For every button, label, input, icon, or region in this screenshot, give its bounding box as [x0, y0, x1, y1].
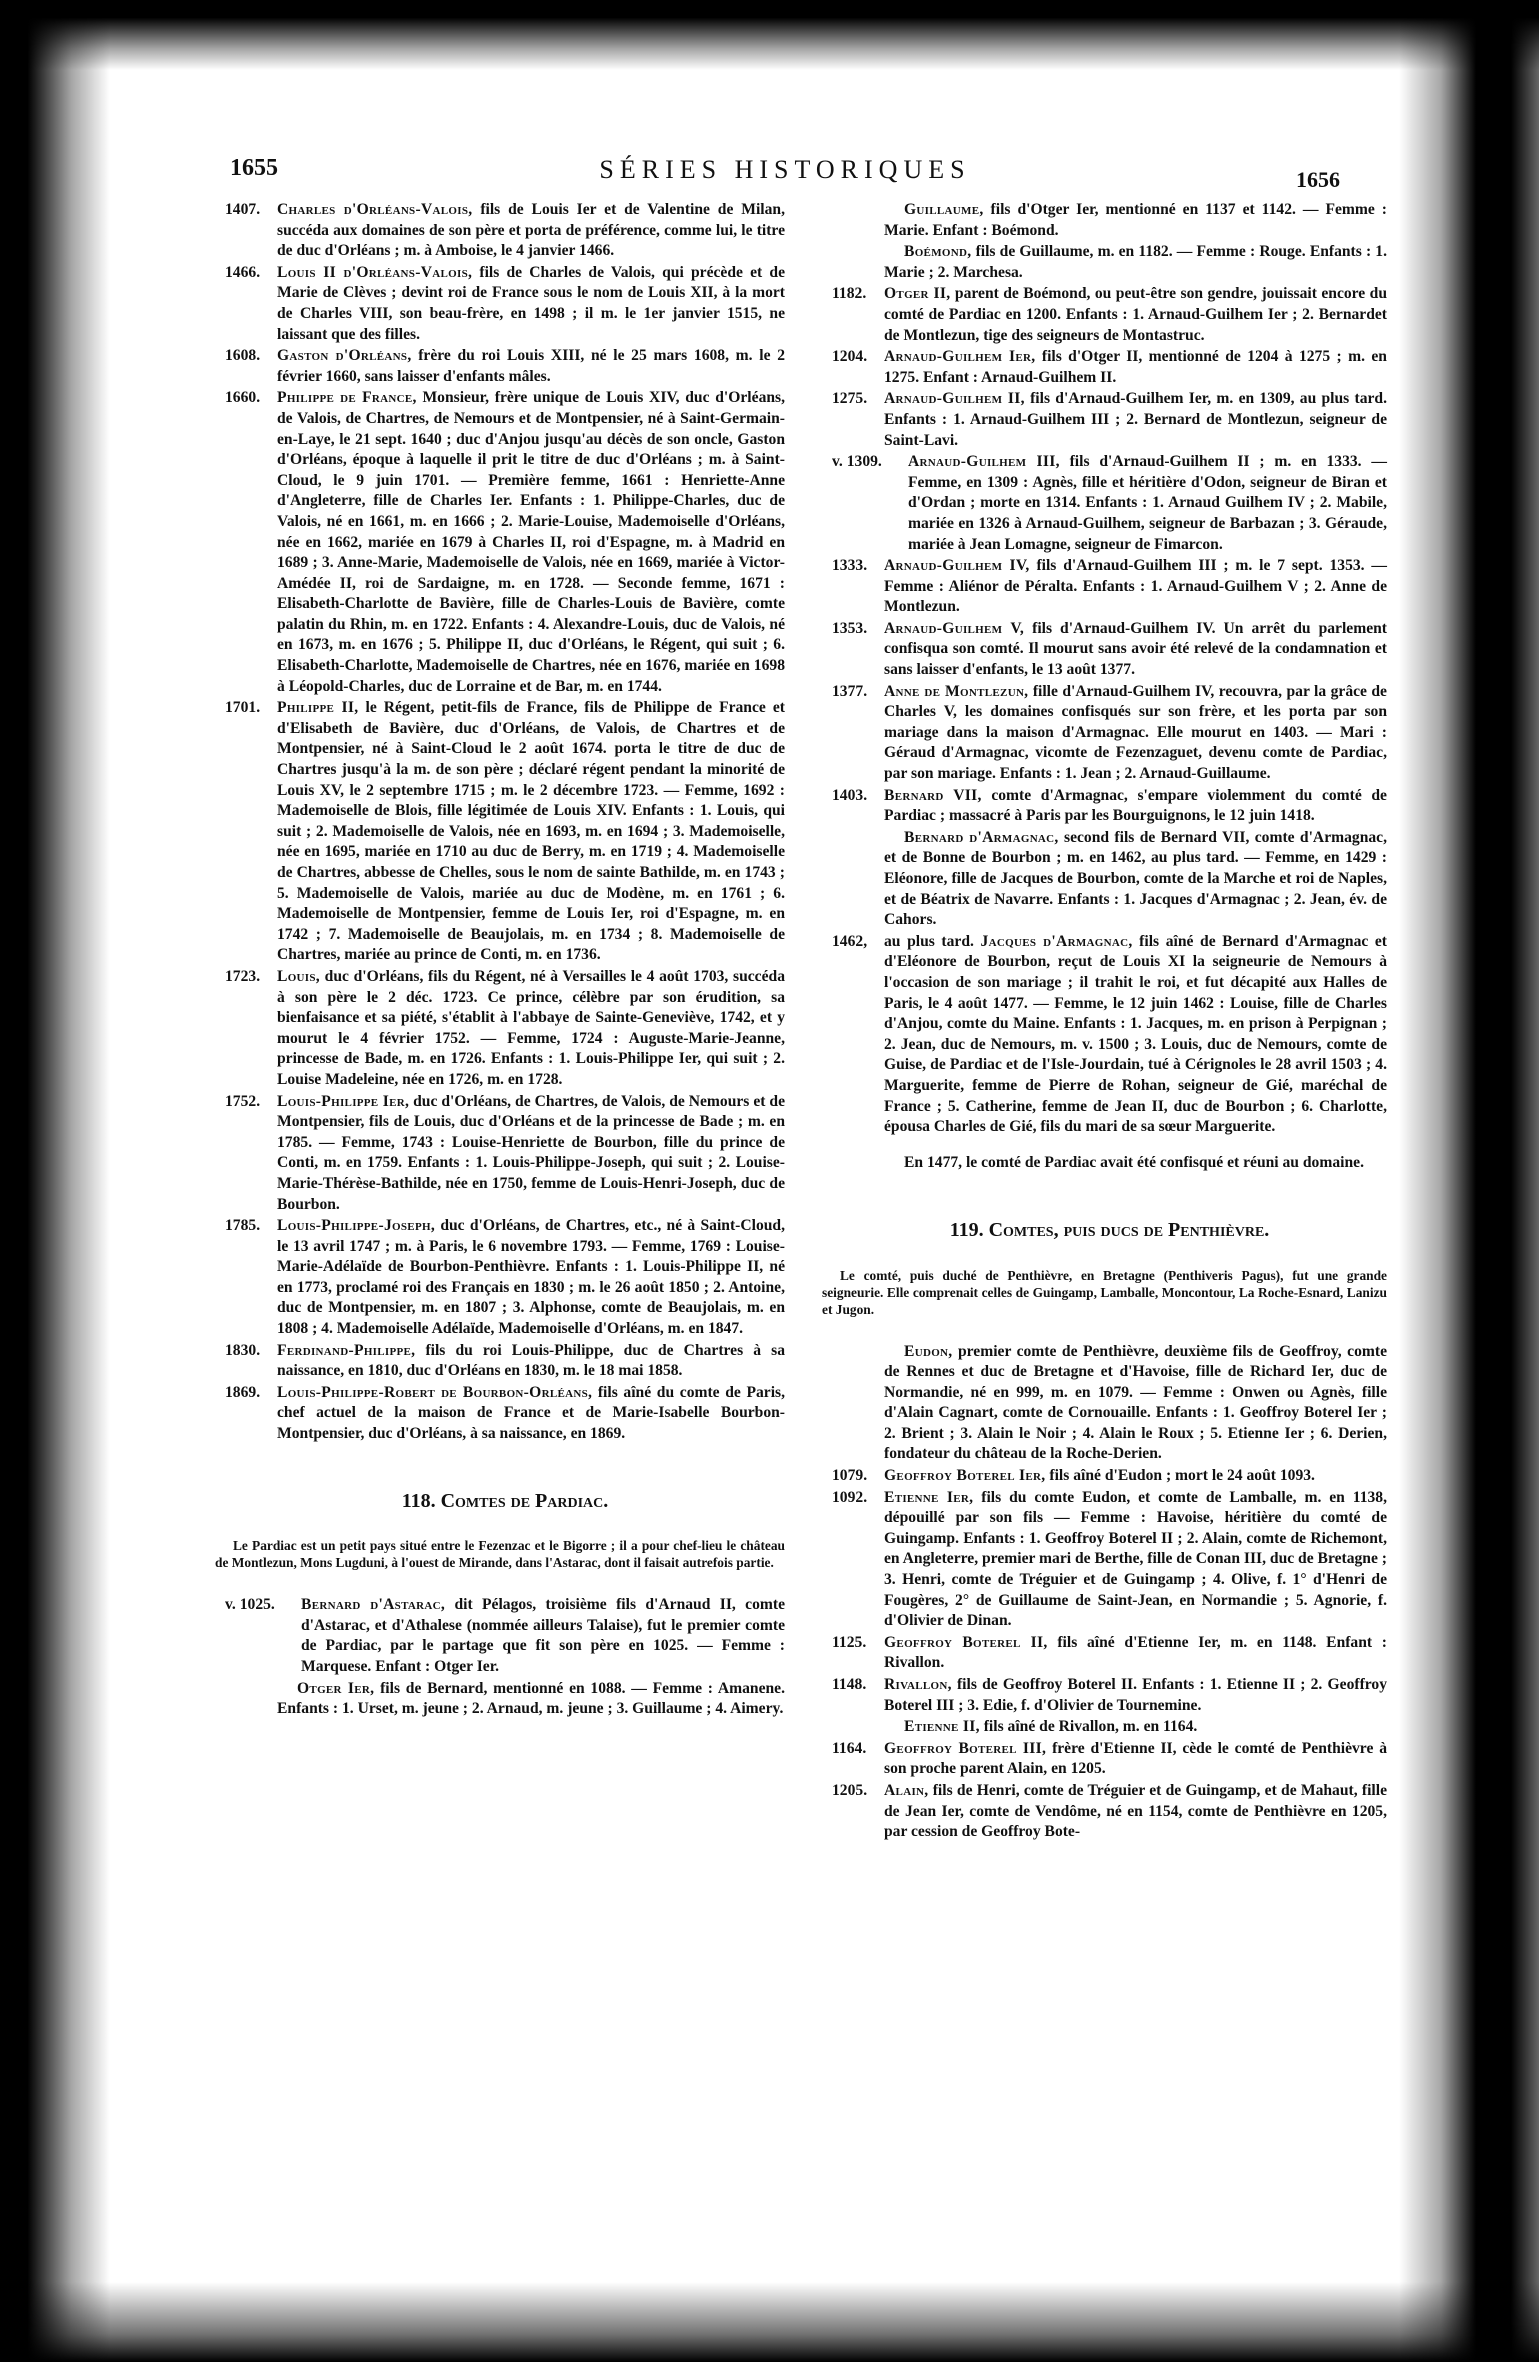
entry-name: Bernard VII, — [884, 787, 982, 804]
entry-date: 1353. — [832, 619, 882, 640]
entry-date: 1723. — [225, 967, 275, 988]
genealogy-entry: Boémond, fils de Guillaume, m. en 1182. … — [832, 242, 1387, 283]
genealogy-entry: 1377.Anne de Montlezun, fille d'Arnaud-G… — [832, 682, 1387, 785]
entry-name: Arnaud-Guilhem Ier, — [884, 348, 1035, 365]
genealogy-entry: 1608.Gaston d'Orléans, frère du roi Loui… — [225, 346, 785, 387]
entry-date: 1466. — [225, 263, 275, 284]
entry-date: 1125. — [832, 1633, 882, 1654]
entry-name: Bernard d'Astarac, — [301, 1596, 445, 1613]
entry-name: Rivallon, — [884, 1676, 952, 1693]
entry-name: Arnaud-Guilhem III, — [908, 453, 1060, 470]
section-intro-pardiac: Le Pardiac est un petit pays situé entre… — [215, 1537, 785, 1571]
entry-date: 1462, — [832, 932, 882, 953]
entry-date: 1205. — [832, 1781, 882, 1802]
entry-date: v. 1025. — [225, 1595, 299, 1616]
entry-name: Arnaud-Guilhem IV, — [884, 557, 1030, 574]
entry-text: fils aîné d'Eudon ; mort le 24 août 1093… — [1046, 1467, 1315, 1484]
entry-name: Louis II d'Orléans-Valois, — [277, 264, 472, 281]
entry-name: Geoffroy Boterel III, — [884, 1740, 1046, 1757]
genealogy-entry: Guillaume, fils d'Otger Ier, mentionné e… — [832, 200, 1387, 241]
genealogy-entry: 1701.Philippe II, le Régent, petit-fils … — [225, 698, 785, 966]
entry-date: 1830. — [225, 1341, 275, 1362]
entry-name: Etienne Ier, — [884, 1489, 973, 1506]
entry-date: 1204. — [832, 347, 882, 368]
entry-date: 1869. — [225, 1383, 275, 1404]
pardiac-closing-note: En 1477, le comté de Pardiac avait été c… — [832, 1153, 1387, 1174]
pardiac-entries-continued: Guillaume, fils d'Otger Ier, mentionné e… — [832, 200, 1387, 1138]
entry-name: Geoffroy Boterel II, — [884, 1634, 1048, 1651]
genealogy-entry: 1869.Louis-Philippe-Robert de Bourbon-Or… — [225, 1383, 785, 1445]
entry-name: Louis, — [277, 968, 320, 985]
entry-name: Arnaud-Guilhem II, — [884, 390, 1025, 407]
genealogy-entry: 1079.Geoffroy Boterel Ier, fils aîné d'E… — [832, 1466, 1387, 1487]
entry-text: fils de Geoffroy Boterel II. Enfants : 1… — [884, 1676, 1387, 1714]
entry-date: 1275. — [832, 389, 882, 410]
entry-date: v. 1309. — [832, 452, 906, 473]
entry-name: Louis-Philippe-Robert de Bourbon-Orléans… — [277, 1384, 592, 1401]
entry-text: Monsieur, frère unique de Louis XIV, duc… — [277, 389, 785, 694]
genealogy-entry: v. 1025.Bernard d'Astarac, dit Pélagos, … — [225, 1595, 785, 1677]
entry-date: 1701. — [225, 698, 275, 719]
entry-name: Philippe II, — [277, 699, 358, 716]
genealogy-entry: 1752.Louis-Philippe Ier, duc d'Orléans, … — [225, 1092, 785, 1216]
scan-border-bottom — [0, 2282, 1539, 2362]
entry-date: 1182. — [832, 284, 882, 305]
entry-prefix: au plus tard. — [884, 933, 981, 950]
genealogy-entry: 1164.Geoffroy Boterel III, frère d'Etien… — [832, 1739, 1387, 1780]
genealogy-entry: 1125.Geoffroy Boterel II, fils aîné d'Et… — [832, 1633, 1387, 1674]
entry-name: Gaston d'Orléans, — [277, 347, 412, 364]
pardiac-entries: v. 1025.Bernard d'Astarac, dit Pélagos, … — [225, 1595, 785, 1720]
entry-date: 1660. — [225, 388, 275, 409]
entry-date: 1785. — [225, 1216, 275, 1237]
genealogy-entry: 1830.Ferdinand-Philippe, fils du roi Lou… — [225, 1341, 785, 1382]
genealogy-entry: 1785.Louis-Philippe-Joseph, duc d'Orléan… — [225, 1216, 785, 1340]
page-header: 1655 SÉRIES HISTORIQUES 1656 — [230, 155, 1340, 185]
entry-text: parent de Boémond, ou peut-être son gend… — [884, 285, 1387, 343]
genealogy-entry: 1353.Arnaud-Guilhem V, fils d'Arnaud-Gui… — [832, 619, 1387, 681]
genealogy-entry: Etienne II, fils aîné de Rivallon, m. en… — [832, 1717, 1387, 1738]
entry-name: Philippe de France, — [277, 389, 417, 406]
genealogy-entry: 1403.Bernard VII, comte d'Armagnac, s'em… — [832, 786, 1387, 827]
entry-text: le Régent, petit-fils de France, fils de… — [277, 699, 785, 963]
scan-border-left — [0, 0, 110, 2362]
genealogy-entry: 1182.Otger II, parent de Boémond, ou peu… — [832, 284, 1387, 346]
entry-date: 1148. — [832, 1675, 882, 1696]
section-intro-penthievre: Le comté, puis duché de Penthièvre, en B… — [822, 1267, 1387, 1318]
entry-date: 1377. — [832, 682, 882, 703]
entry-name: Ferdinand-Philippe, — [277, 1342, 415, 1359]
genealogy-entry: 1205.Alain, fils de Henri, comte de Trég… — [832, 1781, 1387, 1843]
entry-date: 1092. — [832, 1488, 882, 1509]
entry-date: 1164. — [832, 1739, 882, 1760]
scan-border-right — [1399, 0, 1539, 2362]
penthievre-entries: Eudon, premier comte de Penthièvre, deux… — [832, 1342, 1387, 1843]
entry-name: Arnaud-Guilhem V, — [884, 620, 1024, 637]
entry-name: Alain, — [884, 1782, 928, 1799]
entry-text: fils aîné de Rivallon, m. en 1164. — [980, 1718, 1197, 1735]
entry-name: Anne de Montlezun, — [884, 683, 1028, 700]
entry-text: fils aîné de Bernard d'Armagnac et d'Elé… — [884, 933, 1387, 1135]
entry-name: Jacques d'Armagnac, — [981, 933, 1133, 950]
entry-date: 1403. — [832, 786, 882, 807]
entry-text: fils du comte Eudon, et comte de Lamball… — [884, 1489, 1387, 1630]
section-title-pardiac: 118. Comtes de Pardiac. — [225, 1491, 785, 1512]
genealogy-entry: 1466.Louis II d'Orléans-Valois, fils de … — [225, 263, 785, 345]
entry-date: 1079. — [832, 1466, 882, 1487]
entry-text: premier comte de Penthièvre, deuxième fi… — [884, 1343, 1387, 1463]
section-title-penthievre: 119. Comtes, puis ducs de Penthièvre. — [832, 1220, 1387, 1241]
genealogy-entry: Otger Ier, fils de Bernard, mentionné en… — [225, 1679, 785, 1720]
entry-text: fils de Henri, comte de Tréguier et de G… — [884, 1782, 1387, 1840]
entry-name: Otger II, — [884, 285, 950, 302]
entry-text: duc d'Orléans, de Chartres, etc., né à S… — [277, 1217, 785, 1337]
genealogy-entry: 1407.Charles d'Orléans-Valois, fils de L… — [225, 200, 785, 262]
entry-name: Bernard d'Armagnac, — [904, 829, 1059, 846]
entry-name: Louis-Philippe-Joseph, — [277, 1217, 435, 1234]
entry-name: Geoffroy Boterel Ier, — [884, 1467, 1046, 1484]
genealogy-entry: 1204.Arnaud-Guilhem Ier, fils d'Otger II… — [832, 347, 1387, 388]
genealogy-entry: 1660.Philippe de France, Monsieur, frère… — [225, 388, 785, 697]
running-title: SÉRIES HISTORIQUES — [230, 155, 1340, 185]
scan-border-top — [0, 0, 1539, 70]
genealogy-entry: v. 1309.Arnaud-Guilhem III, fils d'Arnau… — [832, 452, 1387, 555]
entry-name: Guillaume, — [904, 201, 984, 218]
genealogy-entry: 1723.Louis, duc d'Orléans, fils du Régen… — [225, 967, 785, 1091]
entry-text: duc d'Orléans, de Chartres, de Valois, d… — [277, 1093, 785, 1213]
entry-date: 1608. — [225, 346, 275, 367]
entry-name: Etienne II, — [904, 1718, 980, 1735]
right-column: Guillaume, fils d'Otger Ier, mentionné e… — [832, 200, 1387, 1844]
genealogy-entry: Bernard d'Armagnac, second fils de Berna… — [832, 828, 1387, 931]
genealogy-entry: 1462,au plus tard. Jacques d'Armagnac, f… — [832, 932, 1387, 1138]
entry-name: Louis-Philippe Ier, — [277, 1093, 409, 1110]
entry-name: Boémond, — [904, 243, 971, 260]
entry-name: Eudon, — [904, 1343, 953, 1360]
genealogy-entry: 1275.Arnaud-Guilhem II, fils d'Arnaud-Gu… — [832, 389, 1387, 451]
page-number-right: 1656 — [1296, 167, 1340, 193]
genealogy-entry: 1092.Etienne Ier, fils du comte Eudon, e… — [832, 1488, 1387, 1632]
genealogy-entry: 1148.Rivallon, fils de Geoffroy Boterel … — [832, 1675, 1387, 1716]
entry-date: 1752. — [225, 1092, 275, 1113]
orleans-entries: 1407.Charles d'Orléans-Valois, fils de L… — [225, 200, 785, 1445]
entry-date: 1333. — [832, 556, 882, 577]
genealogy-entry: 1333.Arnaud-Guilhem IV, fils d'Arnaud-Gu… — [832, 556, 1387, 618]
entry-name: Charles d'Orléans-Valois, — [277, 201, 472, 218]
entry-date: 1407. — [225, 200, 275, 221]
entry-text: duc d'Orléans, fils du Régent, né à Vers… — [277, 968, 785, 1088]
entry-name: Otger Ier, — [297, 1680, 374, 1697]
left-column: 1407.Charles d'Orléans-Valois, fils de L… — [225, 200, 785, 1721]
genealogy-entry: Eudon, premier comte de Penthièvre, deux… — [832, 1342, 1387, 1466]
